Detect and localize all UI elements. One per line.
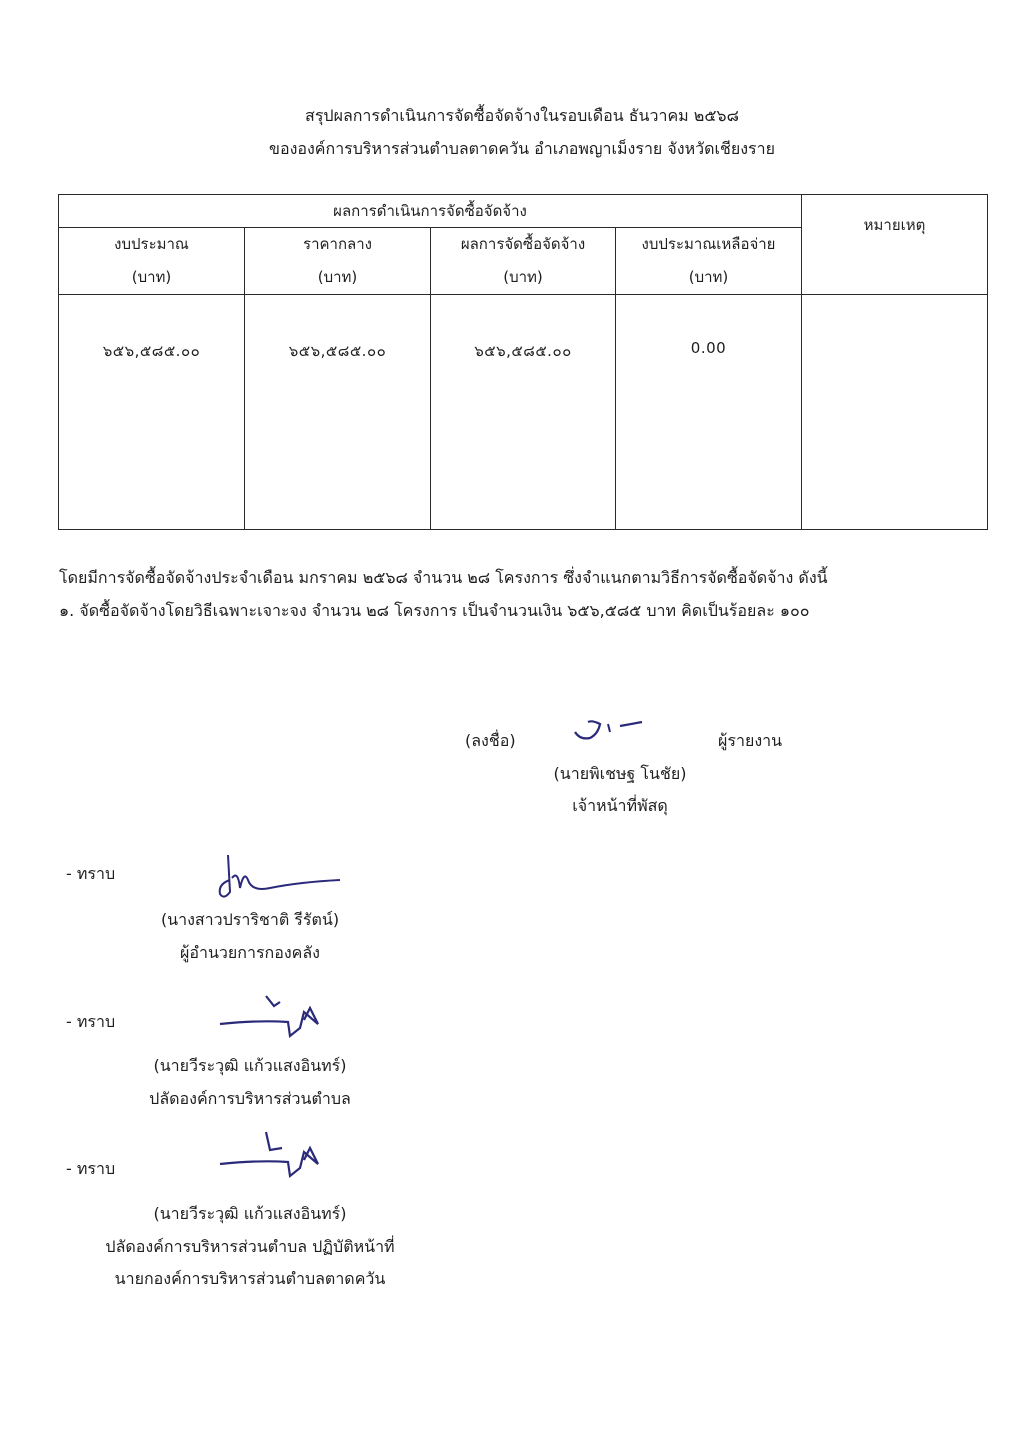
acknowledger-position: ปลัดองค์การบริหารส่วนตำบล ปฏิบัติหน้าที่	[80, 1235, 420, 1260]
reporter-name: (นายพิเชษฐ โนชัย)	[520, 762, 720, 787]
column-label: งบประมาณเหลือจ่าย	[616, 228, 801, 261]
reporter-signature-icon	[570, 712, 650, 747]
column-unit: (บาท)	[245, 261, 430, 294]
acknowledge-label: - ทราบ	[66, 1157, 115, 1182]
document-subtitle: ขององค์การบริหารส่วนตำบลตาดควัน อำเภอพญา…	[0, 137, 1024, 162]
reporter-position: เจ้าหน้าที่พัสดุ	[520, 794, 720, 819]
acknowledger-position: ปลัดองค์การบริหารส่วนตำบล	[110, 1087, 390, 1112]
cell-remaining-budget: 0.00	[616, 295, 802, 530]
acknowledge-label: - ทราบ	[66, 862, 115, 887]
acknowledge-label: - ทราบ	[66, 1010, 115, 1035]
column-unit: (บาท)	[616, 261, 801, 294]
column-unit: (บาท)	[59, 261, 244, 294]
column-label: ราคากลาง	[245, 228, 430, 261]
column-label: งบประมาณ	[59, 228, 244, 261]
group-header: ผลการดำเนินการจัดซื้อจัดจ้าง	[59, 195, 802, 228]
remarks-header: หมายเหตุ	[802, 195, 988, 295]
reporter-role: ผู้รายงาน	[718, 729, 782, 754]
table-row: ๖๕๖,๕๘๕.๐๐ ๖๕๖,๕๘๕.๐๐ ๖๕๖,๕๘๕.๐๐ 0.00	[59, 295, 988, 530]
cell-median-price: ๖๕๖,๕๘๕.๐๐	[245, 295, 431, 530]
column-header-remaining-budget: งบประมาณเหลือจ่าย (บาท)	[616, 228, 802, 295]
finance-director-signature-icon	[210, 850, 345, 905]
column-label: ผลการจัดซื้อจัดจ้าง	[431, 228, 615, 261]
sign-label: (ลงชื่อ)	[465, 729, 516, 754]
column-unit: (บาท)	[431, 261, 615, 294]
summary-line-2: ๑. จัดซื้อจัดจ้างโดยวิธีเฉพาะเจาะจง จำนว…	[59, 599, 810, 624]
cell-remarks	[802, 295, 988, 530]
acknowledger-name: (นายวีระวุฒิ แก้วแสงอินทร์)	[120, 1202, 380, 1227]
column-header-budget: งบประมาณ (บาท)	[59, 228, 245, 295]
acknowledger-name: (นายวีระวุฒิ แก้วแสงอินทร์)	[120, 1054, 380, 1079]
column-header-procurement-result: ผลการจัดซื้อจัดจ้าง (บาท)	[431, 228, 616, 295]
deputy-signature-icon	[218, 990, 338, 1040]
cell-budget: ๖๕๖,๕๘๕.๐๐	[59, 295, 245, 530]
acknowledger-position-line-2: นายกองค์การบริหารส่วนตำบลตาดควัน	[80, 1267, 420, 1292]
acknowledger-position: ผู้อำนวยการกองคลัง	[130, 941, 370, 966]
deputy-acting-mayor-signature-icon	[218, 1128, 338, 1183]
document-title: สรุปผลการดำเนินการจัดซื้อจัดจ้างในรอบเดื…	[0, 104, 1024, 129]
cell-procurement-result: ๖๕๖,๕๘๕.๐๐	[431, 295, 616, 530]
procurement-summary-table: ผลการดำเนินการจัดซื้อจัดจ้าง หมายเหตุ งบ…	[58, 194, 988, 530]
summary-line-1: โดยมีการจัดซื้อจัดจ้างประจำเดือน มกราคม …	[59, 566, 828, 591]
column-header-median-price: ราคากลาง (บาท)	[245, 228, 431, 295]
acknowledger-name: (นางสาวปราริชาติ รีรัตน์)	[130, 908, 370, 933]
